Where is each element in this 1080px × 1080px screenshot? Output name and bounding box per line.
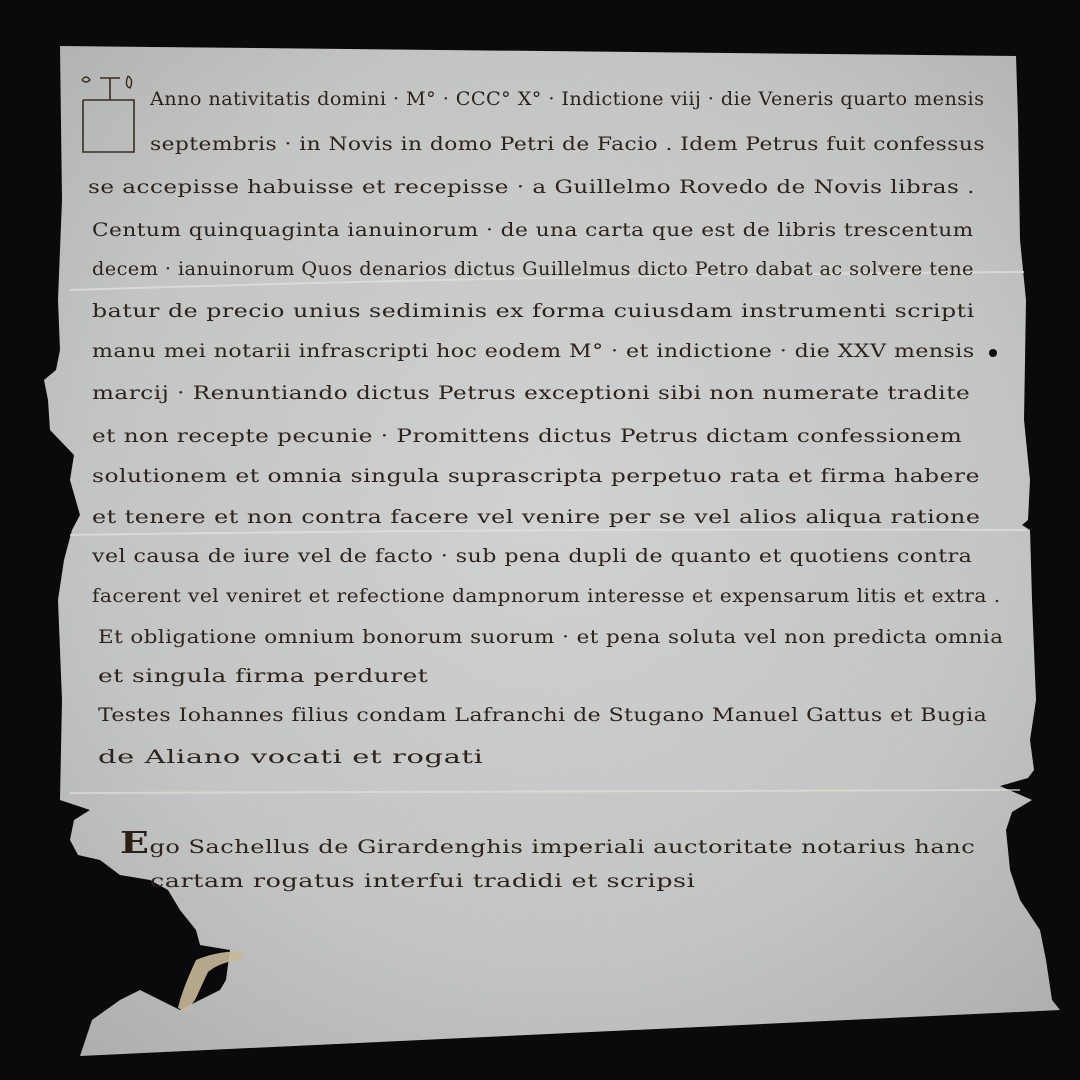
manuscript-line: manu mei notarii infrascripti hoc eodem … xyxy=(92,340,975,362)
subscription-text: go Sachellus de Girardenghis imperiali a… xyxy=(149,836,975,858)
subscription-text: cartam rogatus interfui tradidi et scrip… xyxy=(150,870,695,892)
manuscript-line: Centum quinquaginta ianuinorum · de una … xyxy=(92,219,974,241)
manuscript-line: decem · ianuinorum Quos denarios dictus … xyxy=(92,258,974,280)
manuscript-line: facerent vel veniret et refectione dampn… xyxy=(92,585,1001,607)
manuscript-line: Anno nativitatis domini · M° · CCC° X° ·… xyxy=(150,88,984,110)
manuscript-line: se accepisse habuisse et recepisse · a G… xyxy=(88,176,975,198)
manuscript-line: batur de precio unius sediminis ex forma… xyxy=(92,300,975,322)
manuscript-line: et singula firma perduret xyxy=(98,665,428,687)
manuscript-line: marcij · Renuntiando dictus Petrus excep… xyxy=(92,382,970,404)
manuscript-line: Testes Iohannes filius condam Lafranchi … xyxy=(98,704,987,726)
manuscript-photo: Anno nativitatis domini · M° · CCC° X° ·… xyxy=(0,0,1080,1080)
manuscript-line: et non recepte pecunie · Promittens dict… xyxy=(92,425,962,447)
parchment-sheet xyxy=(0,0,1080,1080)
manuscript-line: et tenere et non contra facere vel venir… xyxy=(92,506,980,528)
manuscript-line: Et obligatione omnium bonorum suorum · e… xyxy=(98,626,1003,648)
notary-signum-icon xyxy=(80,72,138,154)
manuscript-line: septembris · in Novis in domo Petri de F… xyxy=(150,133,985,155)
manuscript-line: vel causa de iure vel de facto · sub pen… xyxy=(92,545,972,567)
subscription-line: cartam rogatus interfui tradidi et scrip… xyxy=(150,870,695,892)
manuscript-line: solutionem et omnia singula suprascripta… xyxy=(92,465,980,487)
manuscript-line: de Aliano vocati et rogati xyxy=(98,746,484,768)
decorated-initial: E xyxy=(120,826,149,861)
subscription-line: Ego Sachellus de Girardenghis imperiali … xyxy=(120,826,975,861)
